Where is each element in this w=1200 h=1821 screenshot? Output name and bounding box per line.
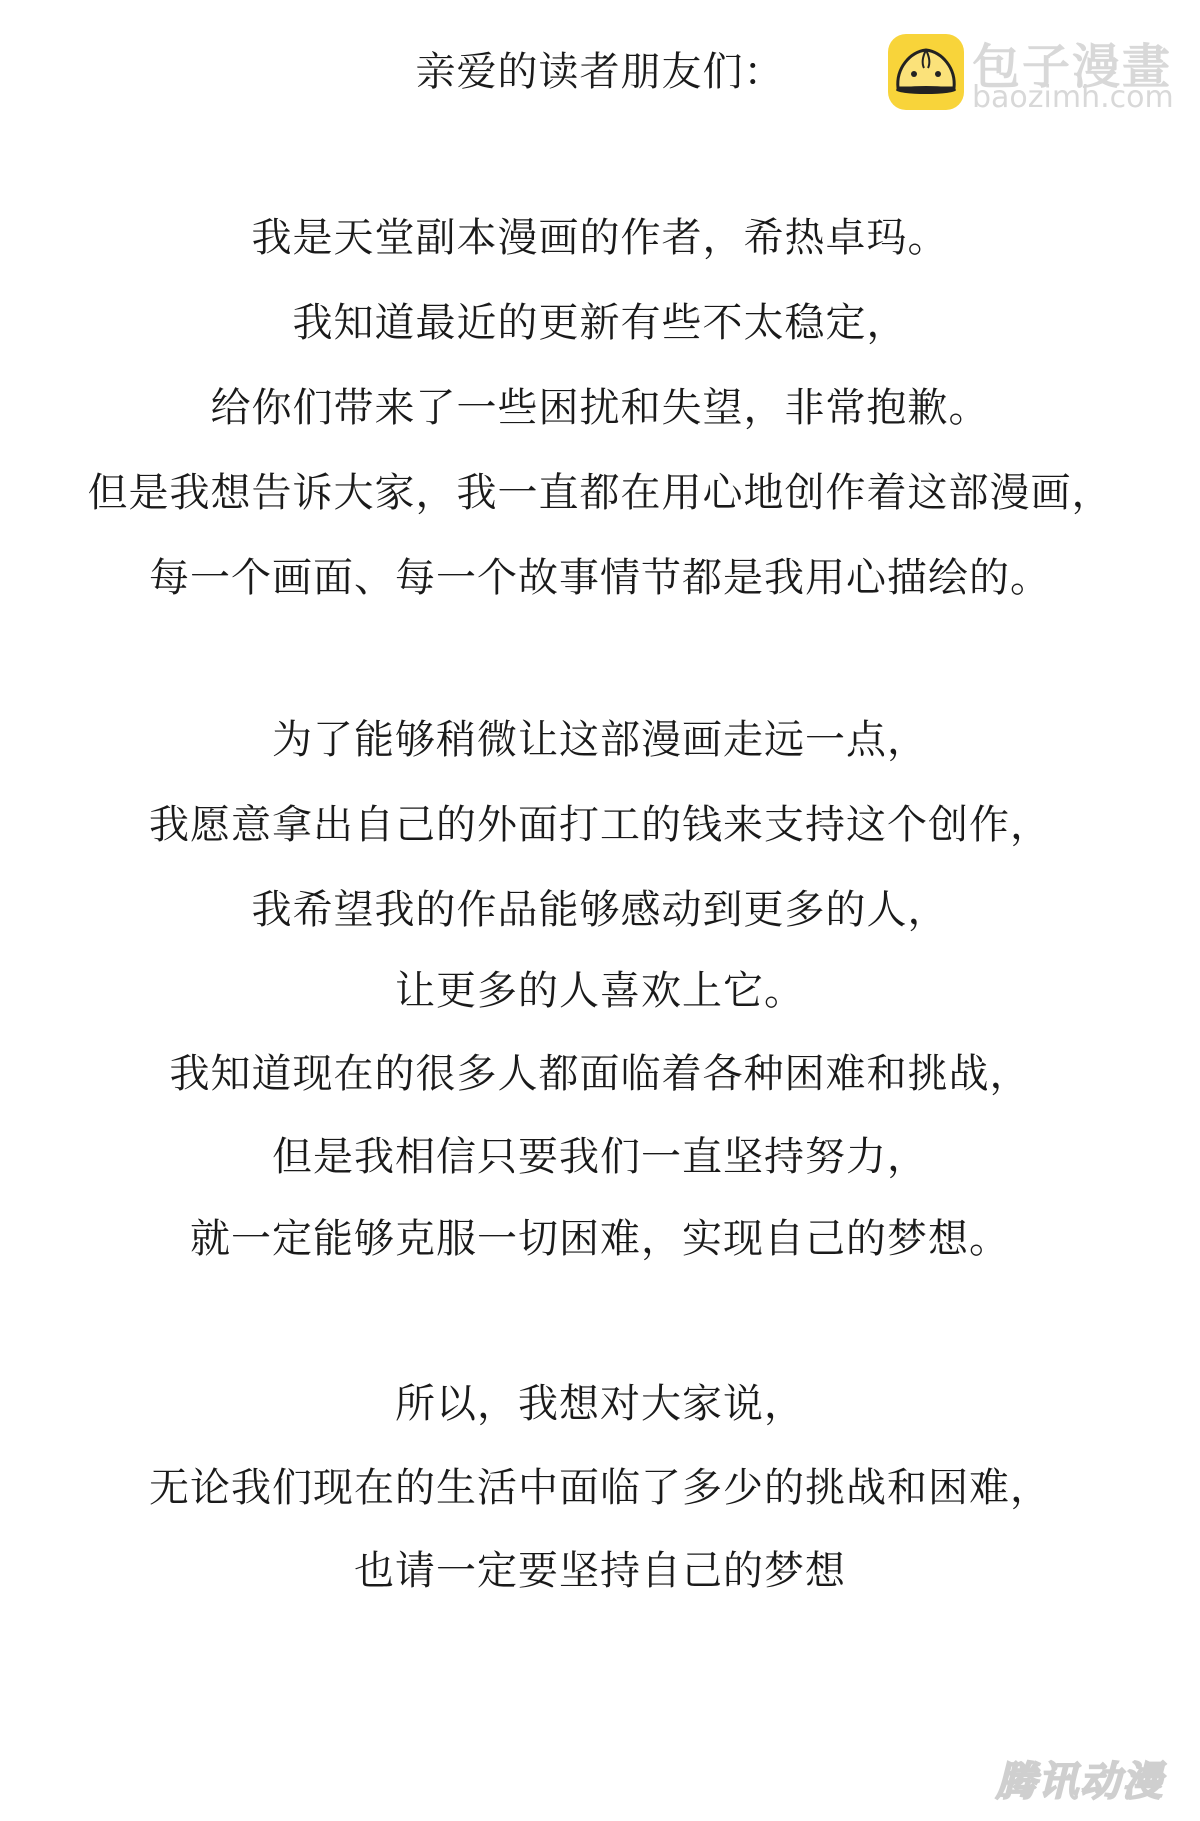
letter-line: 我知道现在的很多人都面临着各种困难和挑战， [0, 1044, 1200, 1104]
letter-line: 无论我们现在的生活中面临了多少的挑战和困难， [0, 1458, 1200, 1518]
letter-line: 就一定能够克服一切困难，实现自己的梦想。 [0, 1209, 1200, 1269]
letter-line: 给你们带来了一些困扰和失望，非常抱歉。 [0, 378, 1200, 438]
letter-line: 我是天堂副本漫画的作者，希热卓玛。 [0, 208, 1200, 268]
letter-line: 我知道最近的更新有些不太稳定， [0, 293, 1200, 353]
tencent-comic-watermark: 腾讯动漫 [996, 1750, 1186, 1800]
letter-line: 为了能够稍微让这部漫画走远一点， [0, 710, 1200, 770]
letter-line: 也请一定要坚持自己的梦想 [0, 1541, 1200, 1601]
letter-line: 所以，我想对大家说， [0, 1374, 1200, 1434]
letter-line: 但是我想告诉大家，我一直都在用心地创作着这部漫画， [0, 463, 1200, 523]
letter-line: 让更多的人喜欢上它。 [0, 961, 1200, 1021]
letter-line: 但是我相信只要我们一直坚持努力， [0, 1127, 1200, 1187]
letter-greeting: 亲爱的读者朋友们： [0, 42, 1200, 102]
letter-line: 我希望我的作品能够感动到更多的人， [0, 880, 1200, 940]
letter-line: 每一个画面、每一个故事情节都是我用心描绘的。 [0, 548, 1200, 608]
letter-line: 我愿意拿出自己的外面打工的钱来支持这个创作， [0, 795, 1200, 855]
